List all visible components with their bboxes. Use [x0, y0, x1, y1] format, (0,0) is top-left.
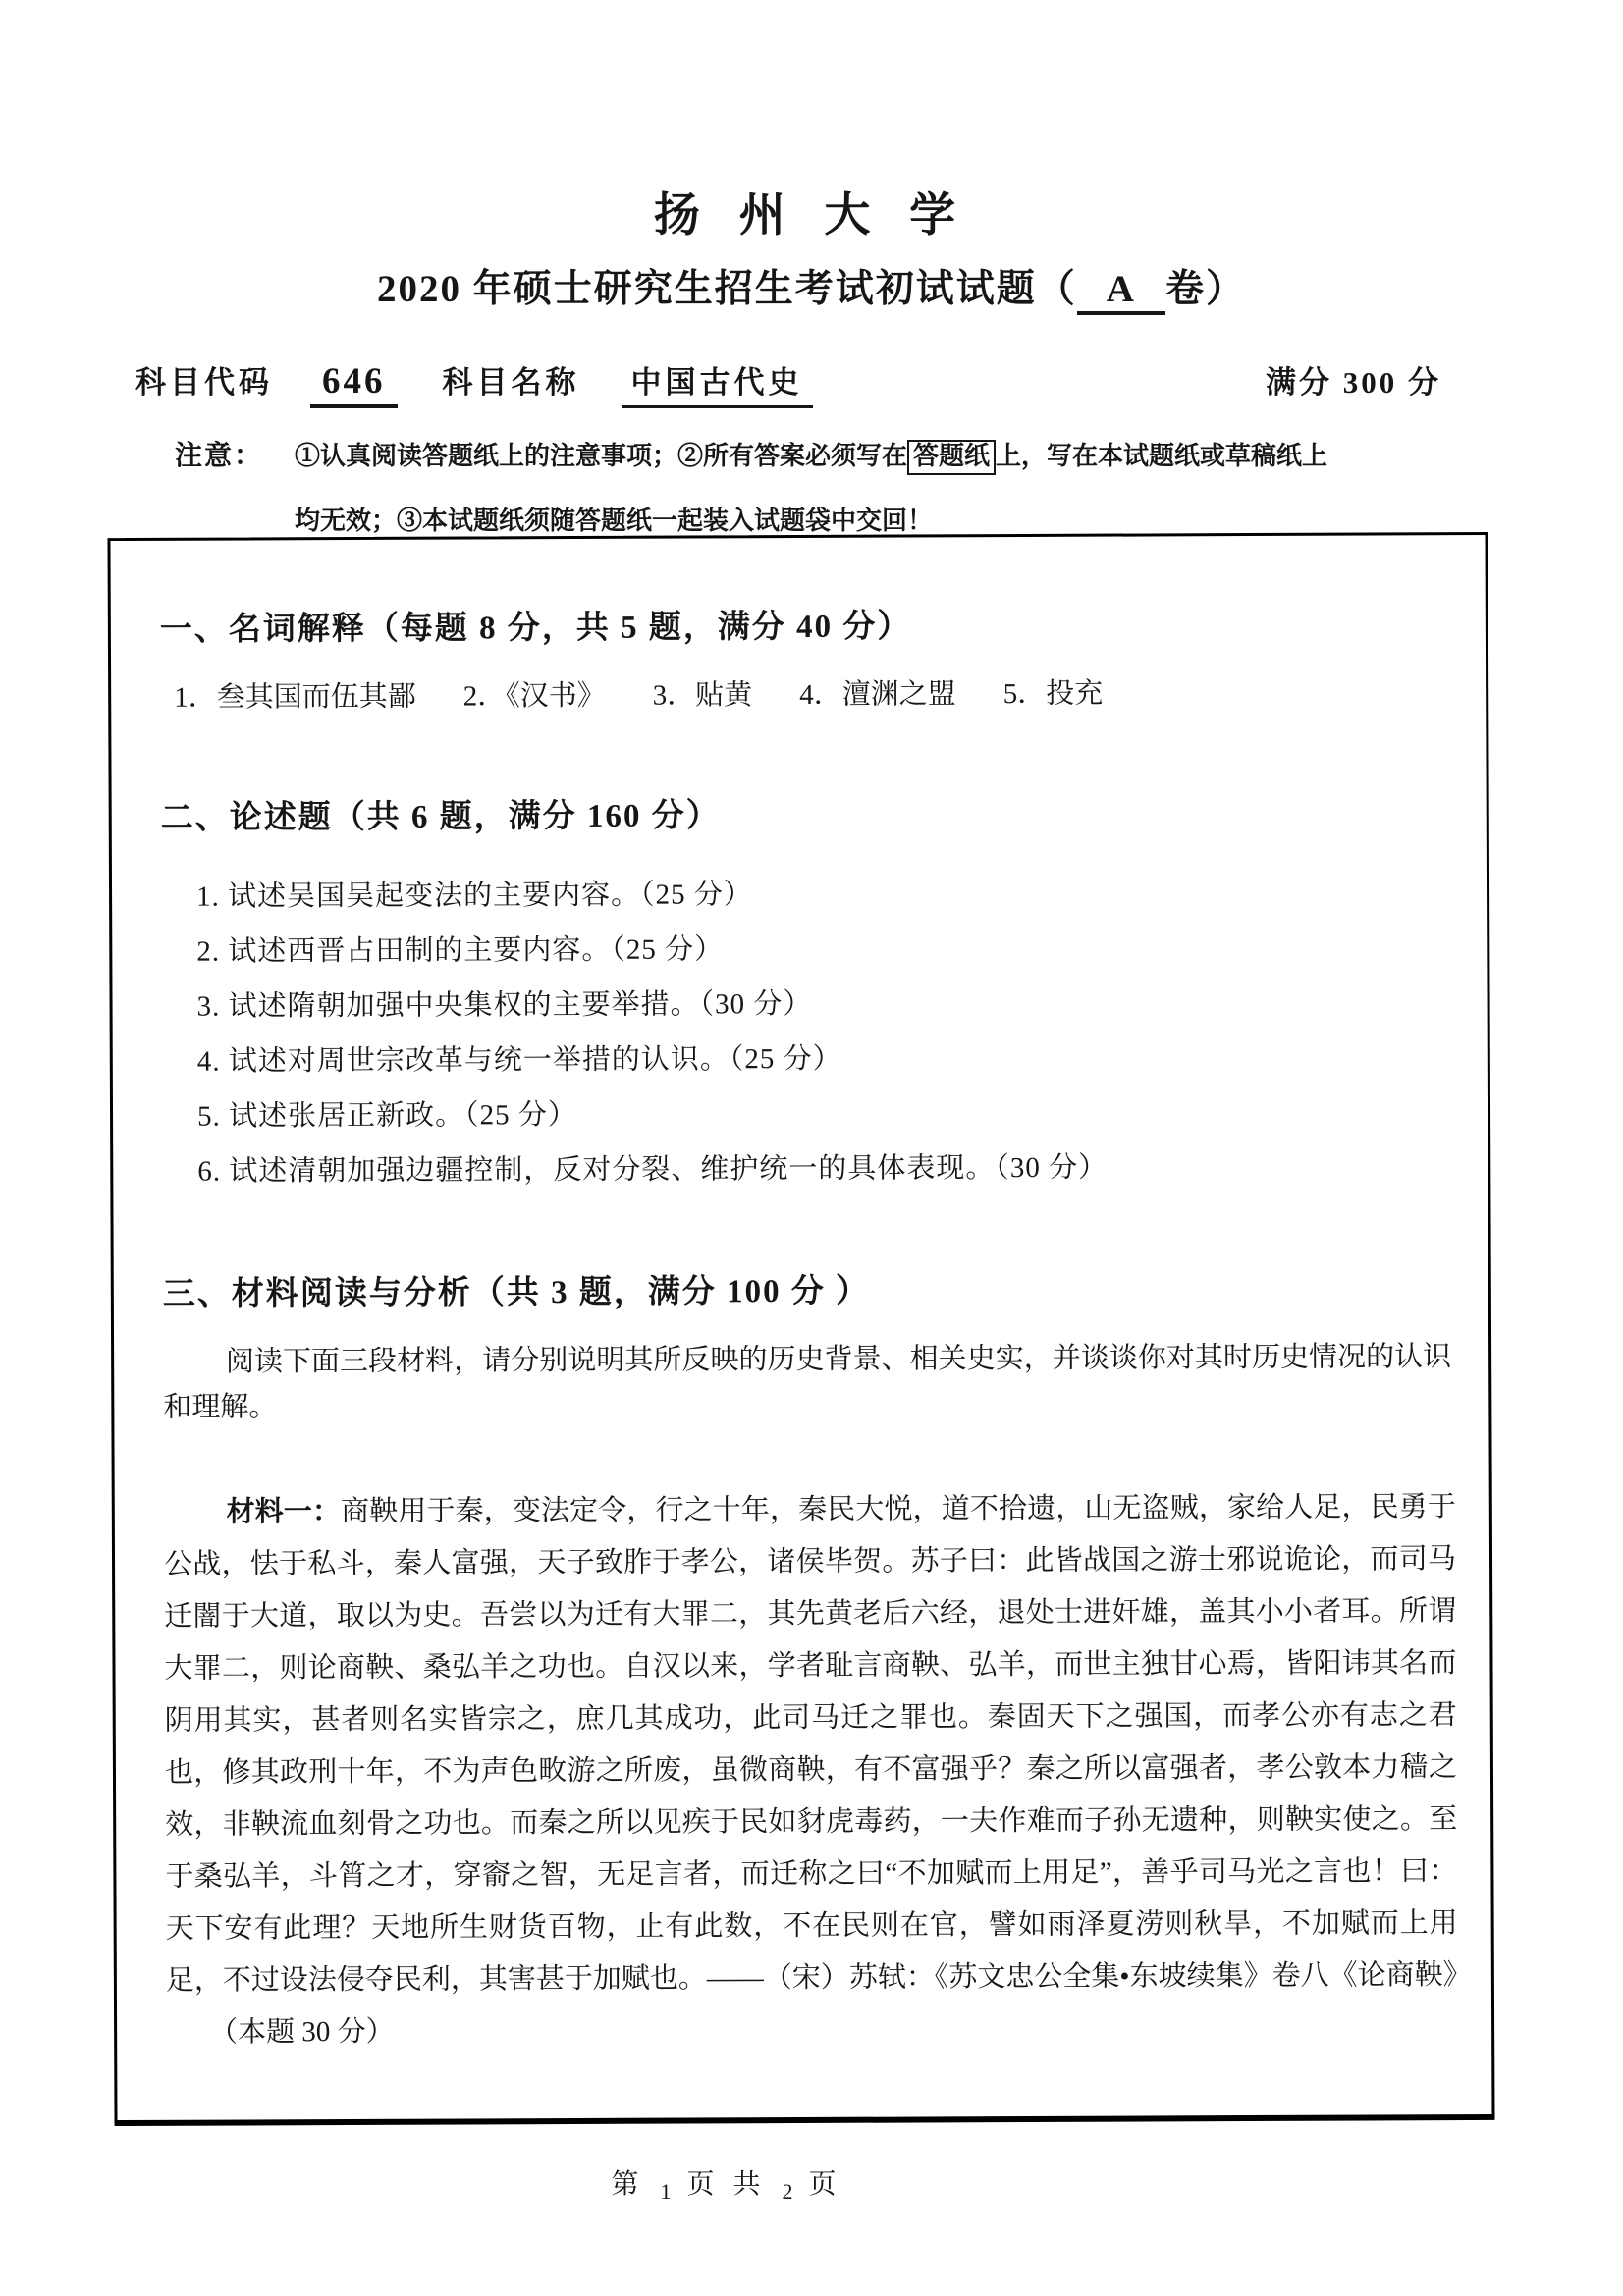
essay-item-3: 3. 试述隋朝加强中央集权的主要举措。（30 分） [196, 984, 1457, 1025]
page-footer: 第1页 共2页 [0, 2163, 1453, 2202]
essay-item-2: 2. 试述西晋占田制的主要内容。（25 分） [196, 929, 1457, 970]
material-one-text: 商鞅用于秦，变法定令，行之十年，秦民大悦，道不拾遗，山无盗贼，家给人足，民勇于公… [164, 1491, 1472, 1997]
footer-suffix: 页 [809, 2169, 842, 2200]
essay-item-5: 5. 试述张居正新政。（25 分） [197, 1094, 1458, 1135]
term-item-2: 2．《汉书》 [463, 673, 606, 715]
section-2-items: 1. 试述吴国吴起变法的主要内容。（25 分） 2. 试述西晋占田制的主要内容。… [161, 874, 1458, 1190]
full-score-value: 300 分 [1343, 365, 1441, 400]
notice-label: 注意： [175, 438, 263, 474]
notice-body: ①认真阅读答题纸上的注意事项；②所有答案必须写在答题纸上，写在本试题纸或草稿纸上… [295, 438, 1451, 539]
subject-name-label: 科目名称 [443, 357, 580, 401]
essay-item-1: 1. 试述吴国吴起变法的主要内容。（25 分） [196, 874, 1457, 915]
full-score-label: 满分 [1266, 365, 1332, 400]
material-one-paragraph: 材料一：商鞅用于秦，变法定令，行之十年，秦民大悦，道不拾遗，山无盗贼，家给人足，… [164, 1481, 1463, 2059]
material-one-label: 材料一： [227, 1496, 342, 1528]
subject-code-value: 646 [310, 360, 398, 408]
paper-variant: A [1077, 267, 1165, 315]
exam-title-prefix: 2020 年硕士研究生招生考试初试试题（ [377, 268, 1077, 310]
section-1-heading: 一、名词解释（每题 8 分，共 5 题，满分 40 分） [160, 598, 1456, 650]
essay-item-6: 6. 试述清朝加强边疆控制，反对分裂、维护统一的具体表现。（30 分） [197, 1148, 1458, 1190]
footer-prefix: 第 [611, 2169, 644, 2200]
notice-line1-part1: ①认真阅读答题纸上的注意事项；②所有答案必须写在 [295, 442, 907, 470]
answer-sheet-boxed-term: 答题纸 [907, 440, 996, 475]
footer-current-page: 1 [660, 2179, 671, 2204]
section-1-terms: 1．叁其国而伍其鄙 2．《汉书》 3．贴黄 4．澶渊之盟 5．投充 [160, 669, 1456, 716]
question-box: 一、名词解释（每题 8 分，共 5 题，满分 40 分） 1．叁其国而伍其鄙 2… [107, 532, 1494, 2126]
section-2-heading: 二、论述题（共 6 题，满分 160 分） [161, 786, 1457, 838]
term-item-3: 3．贴黄 [653, 672, 753, 713]
section-3-intro: 阅读下面三段材料，请分别说明其所反映的历史背景、相关史实，并谈谈你对其时历史情况… [163, 1334, 1459, 1430]
notice-line1-part2: 上，写在本试题纸或草稿纸上 [996, 442, 1327, 470]
notice-line1: ①认真阅读答题纸上的注意事项；②所有答案必须写在答题纸上，写在本试题纸或草稿纸上 [295, 438, 1451, 475]
term-item-4: 4．澶渊之盟 [799, 671, 956, 713]
exam-paper-page: 扬 州 大 学 2020 年硕士研究生招生考试初试试题（A卷） 科目代码 646… [0, 0, 1623, 2296]
term-item-5: 5．投充 [1003, 671, 1104, 712]
exam-title: 2020 年硕士研究生招生考试初试试题（A卷） [0, 258, 1623, 315]
subject-row: 科目代码 646 科目名称 中国古代史 满分 300 分 [135, 357, 1441, 408]
footer-total-pages: 2 [783, 2179, 793, 2204]
material-one-score: （本题 30 分） [209, 2016, 395, 2049]
term-item-1: 1．叁其国而伍其鄙 [174, 674, 416, 716]
exam-title-suffix: 卷） [1165, 268, 1246, 310]
section-3-heading: 三、材料阅读与分析（共 3 题，满分 100 分 ） [163, 1262, 1459, 1314]
subject-code-label: 科目代码 [135, 357, 273, 401]
footer-mid: 页 共 [686, 2169, 766, 2200]
university-title: 扬 州 大 学 [0, 179, 1623, 244]
essay-item-4: 4. 试述对周世宗改革与统一举措的认识。（25 分） [197, 1039, 1458, 1080]
subject-name-value: 中国古代史 [622, 357, 813, 408]
notice-block: 注意： ①认真阅读答题纸上的注意事项；②所有答案必须写在答题纸上，写在本试题纸或… [175, 438, 1451, 539]
full-score: 满分 300 分 [1266, 357, 1441, 401]
